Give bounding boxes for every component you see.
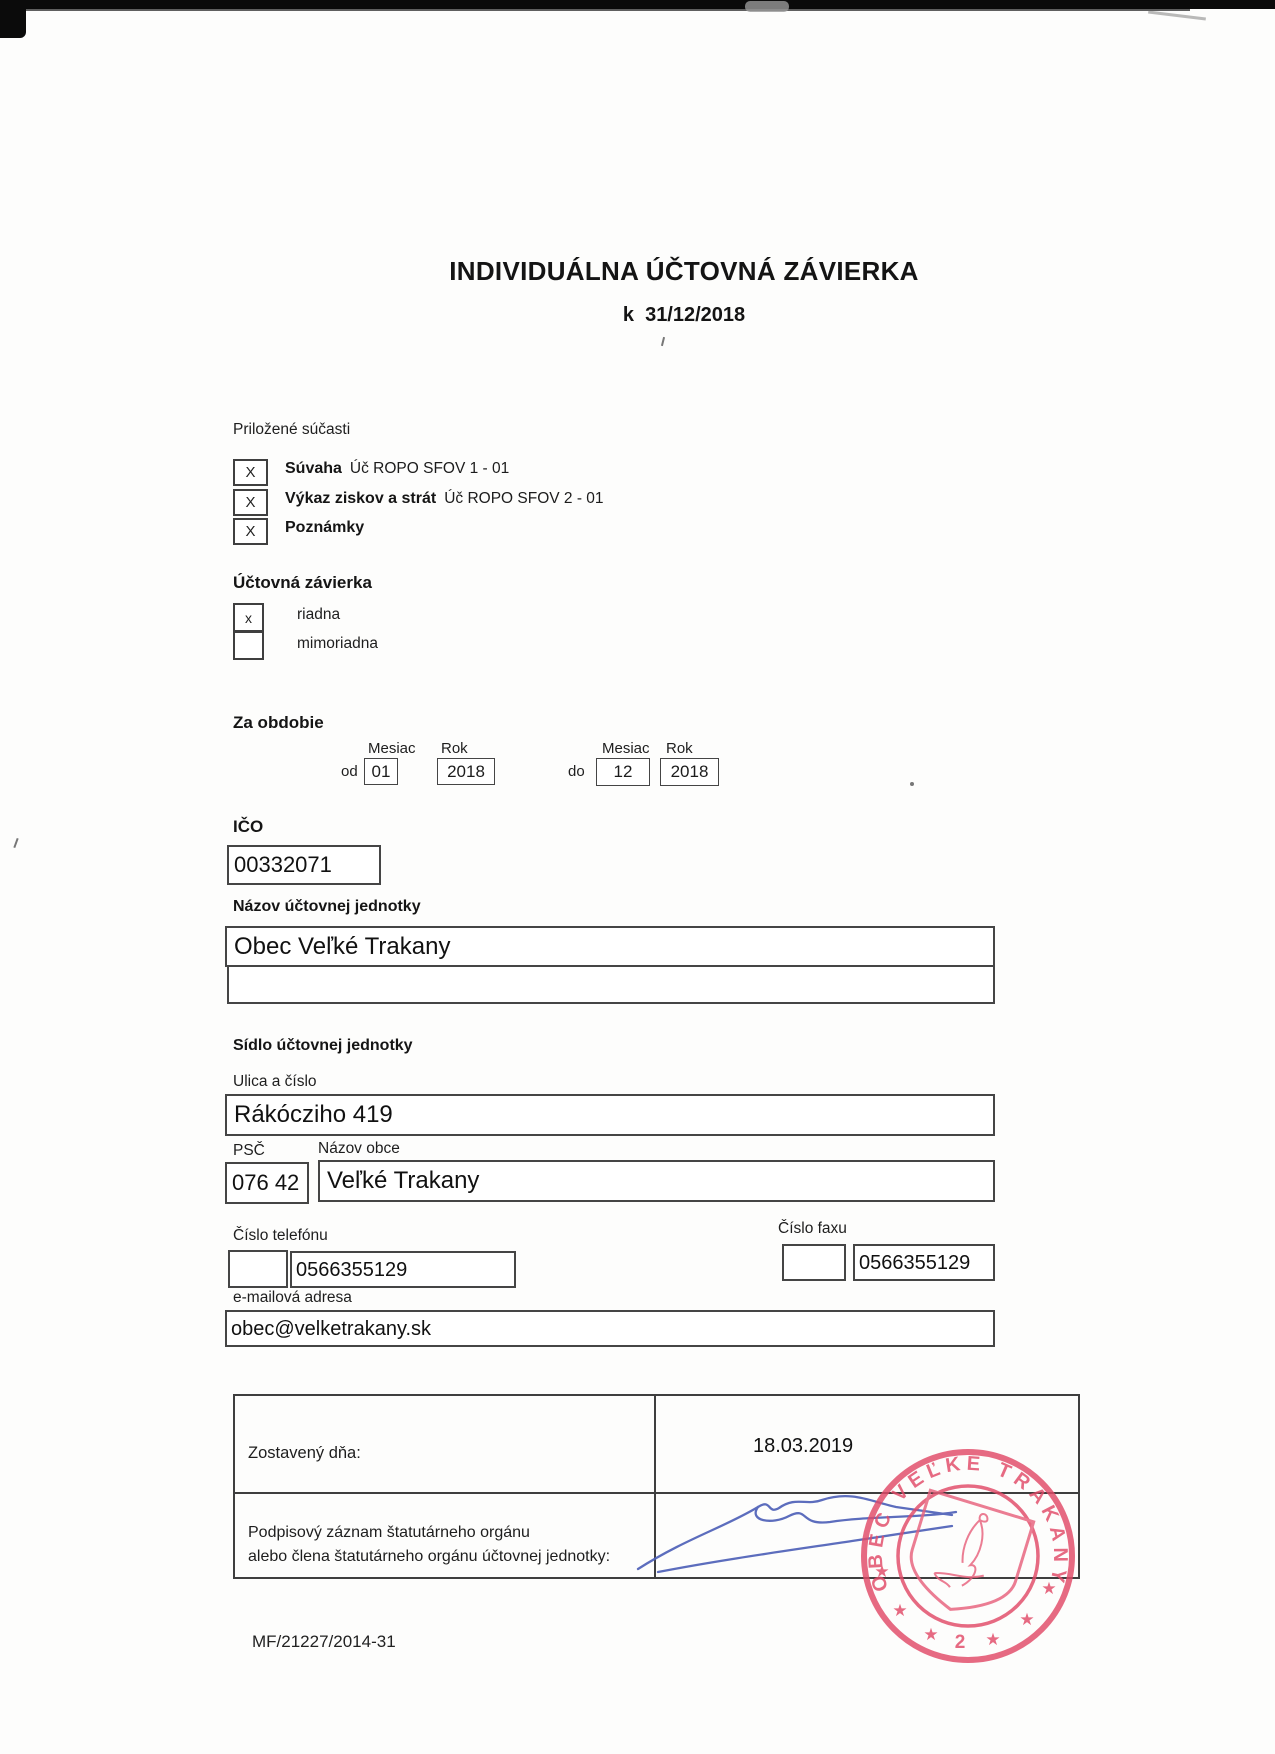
scan-smudge (745, 1, 789, 12)
scan-smudge-right (1148, 10, 1206, 20)
official-stamp: OBEC VEĽKÉ TRAKANY ★ ★ ★ ★ ★ ★ 2 (846, 1434, 1090, 1678)
stamp-bird-icon (932, 1505, 1001, 1596)
attachment-label-vykaz: Výkaz ziskov a strátÚč ROPO SFOV 2 - 01 (285, 490, 604, 508)
period-od-rok-input[interactable]: 2018 (437, 758, 495, 785)
telefon-label: Číslo telefónu (233, 1227, 328, 1245)
period-do-mesiac-label: Mesiac (602, 740, 650, 757)
zostaveny-date: 18.03.2019 (753, 1435, 853, 1458)
telefon-input[interactable]: 0566355129 (290, 1251, 516, 1288)
document-page: INDIVIDUÁLNA ÚČTOVNÁ ZÁVIERKA k 31/12/20… (0, 0, 1275, 1754)
period-od-mesiac-label: Mesiac (368, 740, 416, 757)
option-label-mimoriadna: mimoriadna (297, 635, 378, 653)
pen-speck (661, 337, 665, 346)
scan-edge-top-thin (0, 8, 1190, 11)
stamp-star-icon: ★ (892, 1601, 907, 1620)
option-label-riadna: riadna (297, 606, 340, 624)
psc-label: PSČ (233, 1142, 265, 1160)
stamp-star-icon: ★ (985, 1630, 1000, 1649)
obec-input[interactable]: Veľké Trakany (318, 1160, 995, 1202)
fax-label: Číslo faxu (778, 1220, 847, 1238)
form-reference: MF/21227/2014-31 (252, 1632, 396, 1652)
period-od-rok-label: Rok (441, 740, 468, 757)
telefon-predvolba-input[interactable] (228, 1250, 288, 1288)
period-do-label: do (568, 763, 585, 780)
stamp-inner-ring (898, 1486, 1038, 1626)
email-input[interactable]: obec@velketrakany.sk (225, 1310, 995, 1347)
nazov-input-line2[interactable] (227, 965, 995, 1004)
checkbox-vykaz[interactable]: X (233, 489, 268, 516)
podpis-label-line2: alebo člena štatutárneho orgánu účtovnej… (248, 1548, 610, 1566)
period-od-label: od (341, 763, 358, 780)
zavierka-heading: Účtovná závierka (233, 573, 372, 593)
ico-label: IČO (233, 817, 263, 837)
checkbox-poznamky[interactable]: X (233, 518, 268, 545)
email-label: e-mailová adresa (233, 1289, 352, 1307)
scan-edge-corner (0, 0, 26, 38)
checkbox-mimoriadna[interactable] (233, 631, 264, 660)
stamp-star-icon: ★ (1041, 1579, 1056, 1598)
stamp-star-icon: ★ (874, 1562, 889, 1581)
checkbox-riadna[interactable]: x (233, 603, 264, 632)
ulica-input[interactable]: Rákócziho 419 (225, 1094, 995, 1136)
period-heading: Za obdobie (233, 713, 324, 733)
ulica-label: Ulica a číslo (233, 1073, 317, 1091)
checkbox-suvaha[interactable]: X (233, 459, 268, 486)
stamp-star-icon: ★ (923, 1625, 938, 1644)
ico-input[interactable]: 00332071 (227, 845, 381, 885)
attachment-label-suvaha: SúvahaÚč ROPO SFOV 1 - 01 (285, 460, 509, 478)
sidlo-heading: Sídlo účtovnej jednotky (233, 1037, 413, 1055)
nazov-label: Názov účtovnej jednotky (233, 898, 421, 916)
checkbox-riadna-mark: x (245, 610, 252, 626)
page-title: INDIVIDUÁLNA ÚČTOVNÁ ZÁVIERKA (384, 256, 984, 287)
fax-predvolba-input[interactable] (782, 1244, 846, 1281)
psc-input[interactable]: 076 42 (225, 1162, 309, 1204)
nazov-input[interactable]: Obec Veľké Trakany (225, 926, 995, 967)
podpis-label-line1: Podpisový záznam štatutárneho orgánu (248, 1524, 530, 1542)
checkbox-suvaha-mark: X (245, 464, 255, 481)
checkbox-poznamky-mark: X (245, 523, 255, 540)
obec-label: Názov obce (318, 1140, 400, 1158)
scan-speck (910, 782, 914, 786)
period-do-rok-input[interactable]: 2018 (660, 758, 719, 786)
svg-text:OBEC VEĽKÉ TRAKANY: OBEC VEĽKÉ TRAKANY (865, 1452, 1071, 1594)
attachments-heading: Priložené súčasti (233, 421, 350, 439)
checkbox-vykaz-mark: X (245, 494, 255, 511)
stamp-ring-text: OBEC VEĽKÉ TRAKANY (865, 1452, 1071, 1594)
period-do-rok-label: Rok (666, 740, 693, 757)
scan-speck-left (13, 838, 18, 848)
attachment-label-poznamky: Poznámky (285, 519, 372, 537)
period-do-mesiac-input[interactable]: 12 (596, 758, 650, 786)
stamp-star-icon: ★ (1019, 1610, 1034, 1629)
fax-input[interactable]: 0566355129 (853, 1244, 995, 1281)
stamp-number: 2 (955, 1632, 966, 1653)
period-od-mesiac-input[interactable]: 01 (364, 758, 398, 785)
page-subtitle: k 31/12/2018 (384, 304, 984, 327)
zostaveny-label: Zostavený dňa: (248, 1444, 361, 1463)
